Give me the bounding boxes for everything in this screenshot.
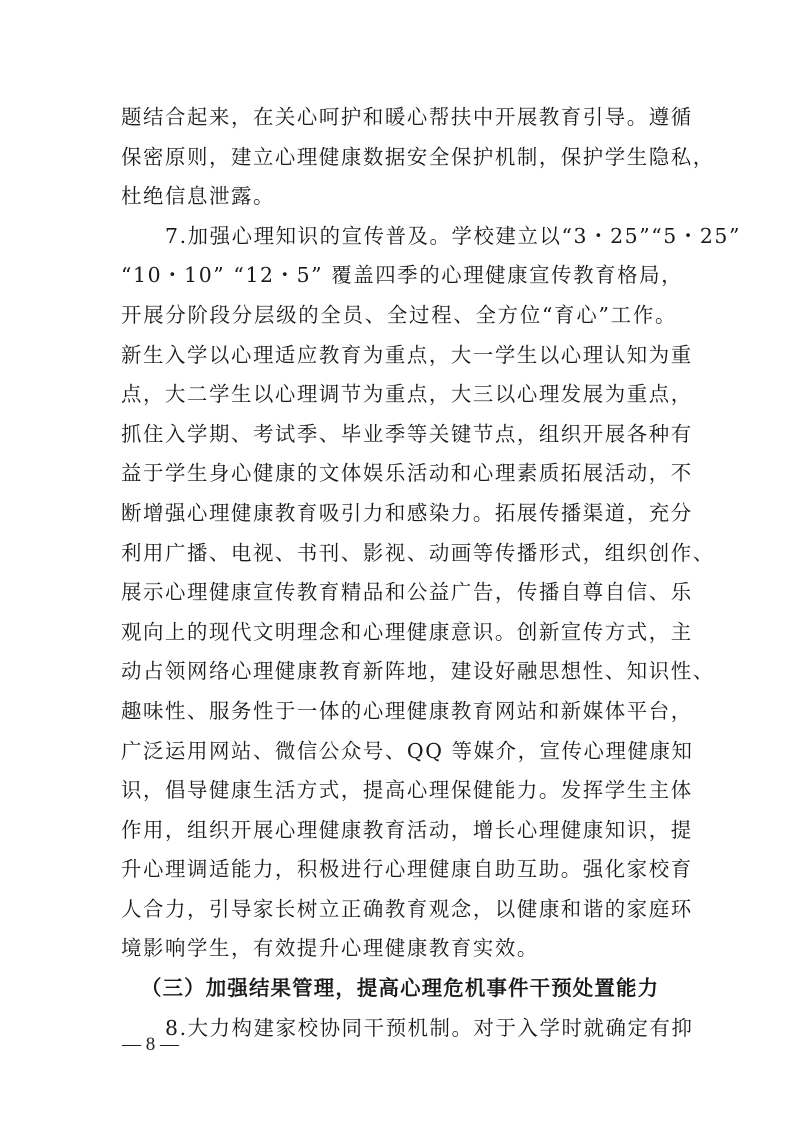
paragraph-7-start: 7.加强心理知识的宣传普及。学校建立以“3・25”“5・25” xyxy=(121,217,677,257)
text-line: 观向上的现代文明理念和心理健康意识。创新宣传方式，主 xyxy=(121,613,677,653)
text-line: 开展分阶段分层级的全员、全过程、全方位“育心”工作。 xyxy=(121,296,677,336)
document-page: 题结合起来，在关心呵护和暖心帮扶中开展教育引导。遵循 保密原则，建立心理健康数据… xyxy=(0,0,799,1130)
text-line: 点，大二学生以心理调节为重点，大三以心理发展为重点， xyxy=(121,375,677,415)
text-line: 利用广播、电视、书刊、影视、动画等传播形式，组织创作、 xyxy=(121,534,677,574)
paragraph-8-start: 8.大力构建家校协同干预机制。对于入学时就确定有抑 xyxy=(121,1009,677,1049)
document-body: 题结合起来，在关心呵护和暖心帮扶中开展教育引导。遵循 保密原则，建立心理健康数据… xyxy=(121,98,677,1048)
text-line: 升心理调适能力，积极进行心理健康自助互助。强化家校育 xyxy=(121,850,677,890)
text-line: 境影响学生，有效提升心理健康教育实效。 xyxy=(121,929,677,969)
text-line: 新生入学以心理适应教育为重点，大一学生以心理认知为重 xyxy=(121,336,677,376)
text-line: 保密原则，建立心理健康数据安全保护机制，保护学生隐私， xyxy=(121,138,677,178)
text-line: 抓住入学期、考试季、毕业季等关键节点，组织开展各种有 xyxy=(121,415,677,455)
text-line: 识，倡导健康生活方式，提高心理保健能力。发挥学生主体 xyxy=(121,771,677,811)
text-line: 益于学生身心健康的文体娱乐活动和心理素质拓展活动，不 xyxy=(121,454,677,494)
text-line: 动占领网络心理健康教育新阵地，建设好融思想性、知识性、 xyxy=(121,652,677,692)
page-number: — 8 — xyxy=(122,1030,179,1060)
text-line: “10・10” “12・5” 覆盖四季的心理健康宣传教育格局， xyxy=(121,256,677,296)
text-line: 人合力，引导家长树立正确教育观念，以健康和谐的家庭环 xyxy=(121,890,677,930)
text-line: 广泛运用网站、微信公众号、QQ 等媒介，宣传心理健康知 xyxy=(121,732,677,772)
section-heading: （三）加强结果管理，提高心理危机事件干预处置能力 xyxy=(121,969,677,1009)
text-line: 断增强心理健康教育吸引力和感染力。拓展传播渠道，充分 xyxy=(121,494,677,534)
text-line: 趣味性、服务性于一体的心理健康教育网站和新媒体平台， xyxy=(121,692,677,732)
text-line: 杜绝信息泄露。 xyxy=(121,177,677,217)
text-line: 作用，组织开展心理健康教育活动，增长心理健康知识，提 xyxy=(121,811,677,851)
text-line: 题结合起来，在关心呵护和暖心帮扶中开展教育引导。遵循 xyxy=(121,98,677,138)
text-line: 展示心理健康宣传教育精品和公益广告，传播自尊自信、乐 xyxy=(121,573,677,613)
